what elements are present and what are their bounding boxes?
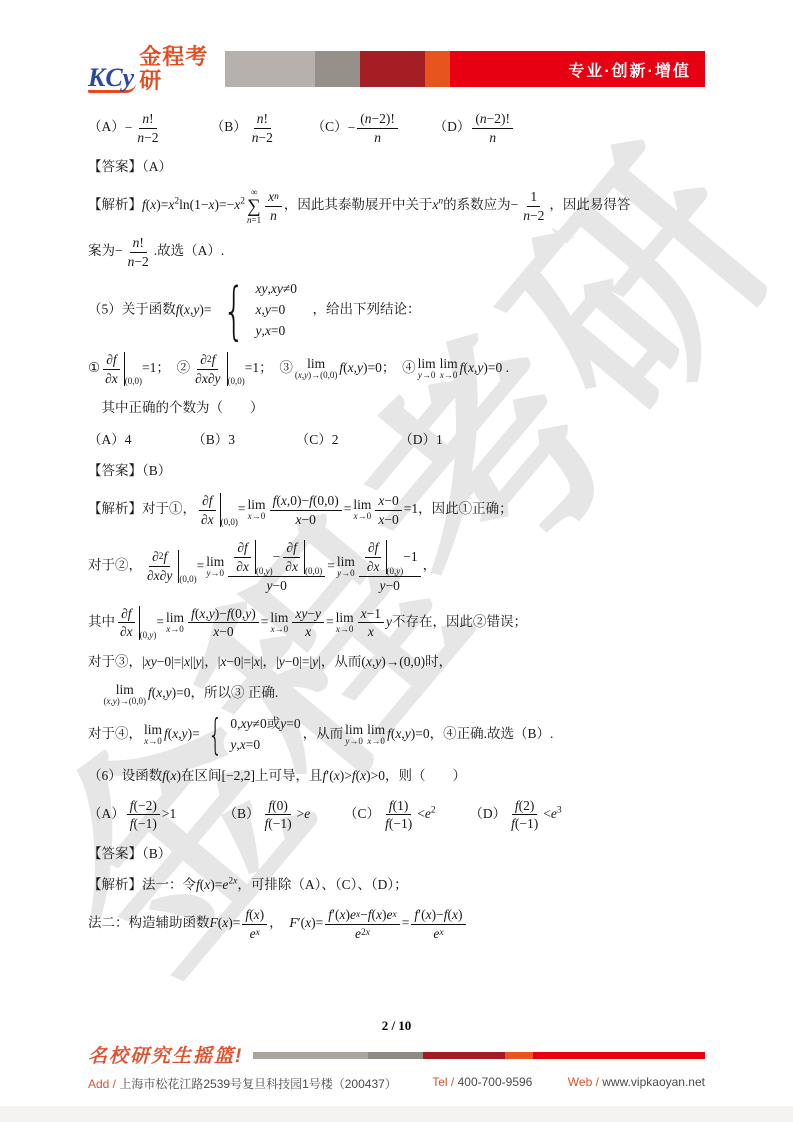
content-line-q5-stem: （5）关于函数f(x,y)={xy,xy≠0x,y=0y,x=0 ，给出下列结论… (88, 279, 709, 342)
content-line-q5-analysis-4: 对于③，|xy−0|=|x||y|，|x−0|=|x|，|y−0|=|y|，从而… (88, 650, 709, 674)
content-line-q4-analysis-1: 【解析】f(x)=x2ln(1−x)=−x2∞∑n=1xnn，因此其泰勒展开中关… (88, 187, 709, 225)
footer-banner: 名校研究生摇篮! (88, 1041, 705, 1068)
content-line-q6-analysis-1: 【解析】法一：令f(x)=e2x，可排除（A）、（C）、（D）； (88, 873, 709, 897)
colorbar-segment-midgray (315, 51, 360, 87)
page-header: KCy 金程考研 专业·创新·增值 (0, 0, 793, 93)
kcy-logo-icon: KCy (88, 66, 136, 93)
footer-segment-lightgray (253, 1052, 368, 1059)
address-label: Add / (88, 1077, 116, 1091)
page-bottom-band (0, 1106, 793, 1122)
content-line-q5-analysis-3: 其中∂f∂x(0,y)=limx→0f(x,y)−f(0,y)x−0=limx→… (88, 604, 709, 642)
tel-text: 400-700-9596 (458, 1075, 533, 1089)
content-line-q4-answer: 【答案】（A） (88, 155, 709, 179)
brand-name: 金程考研 (139, 45, 225, 93)
web-label: Web / (568, 1075, 599, 1089)
content-line-q6-options: （A）f(−2)f(−1)>1 （B）f(0)f(−1)>e （C）f(1)f(… (88, 796, 709, 834)
page-footer: 名校研究生摇篮! Add / 上海市松花江路2539号复旦科技园1号楼（2004… (0, 1041, 793, 1092)
content-line-q5-analysis-6: 对于④，limx→0f(x,y)={0,xy≠0或y=0y,x=0，从而limy… (88, 714, 709, 756)
footer-segment-orange (505, 1052, 533, 1059)
footer-colorbar (253, 1052, 705, 1059)
address-text: 上海市松花江路2539号复旦科技园1号楼（200437） (119, 1077, 396, 1091)
content-line-q5-answer: 【答案】（B） (88, 459, 709, 483)
web-text: www.vipkaoyan.net (602, 1075, 705, 1089)
colorbar-segment-darkred (360, 51, 425, 87)
content-line-q4-options: （A）−n!n−2 （B）n!n−2 （C）−(n−2)!n （D）(n−2)!… (88, 109, 709, 147)
brand-logo: KCy 金程考研 (88, 45, 225, 93)
content-line-q6-analysis-2: 法二：构造辅助函数F(x)=f(x)ex， F′(x)=f′(x)ex−f(x)… (88, 905, 709, 943)
content-line-q5-analysis-2: 对于②，∂2f∂x∂y(0,0)=limy→0∂f∂x(0,y)−∂f∂x(0,… (88, 537, 709, 596)
content-line-q5-options: （A）4 （B）3 （C）2 （D）1 (88, 428, 709, 452)
footer-tel: Tel / 400-700-9596 (432, 1075, 532, 1092)
tel-label: Tel / (432, 1075, 454, 1089)
content-line-q4-analysis-2: 案为−n!n−2.故选（A）. (88, 233, 709, 271)
colorbar-segment-orange (425, 51, 450, 87)
colorbar-segment-red: 专业·创新·增值 (450, 51, 705, 87)
footer-address: Add / 上海市松花江路2539号复旦科技园1号楼（200437） (88, 1075, 397, 1092)
footer-contact-row: Add / 上海市松花江路2539号复旦科技园1号楼（200437） Tel /… (88, 1075, 705, 1092)
content-line-q5-question: 其中正确的个数为（ ） (88, 396, 709, 420)
content-line-q5-analysis-5: lim(x,y)→(0,0)f(x,y)=0，所以③ 正确. (88, 681, 709, 706)
footer-segment-red (533, 1052, 705, 1059)
footer-web[interactable]: Web / www.vipkaoyan.net (568, 1075, 705, 1092)
document-body: （A）−n!n−2 （B）n!n−2 （C）−(n−2)!n （D）(n−2)!… (0, 93, 793, 943)
footer-segment-midgray (368, 1052, 423, 1059)
content-line-q6-stem: （6）设函数f(x)在区间[−2,2]上可导，且f′(x)>f(x)>0，则（ … (88, 764, 709, 788)
colorbar-segment-lightgray (225, 51, 315, 87)
content-line-q6-answer: 【答案】（B） (88, 842, 709, 866)
content-line-q5-analysis-1: 【解析】对于①，∂f∂x(0,0)=limx→0f(x,0)−f(0,0)x−0… (88, 491, 709, 529)
page-number: 2 / 10 (0, 1018, 793, 1034)
header-slogan: 专业·创新·增值 (568, 58, 691, 81)
footer-segment-darkred (423, 1052, 505, 1059)
document-page: 金程考研 KCy 金程考研 专业·创新·增值 （A）−n!n−2 （B）n!n−… (0, 0, 793, 1122)
footer-tagline: 名校研究生摇篮! (88, 1041, 243, 1068)
content-line-q5-items: ①∂f∂x(0,0)=1； ②∂2f∂x∂y(0,0)=1； ③lim(x,y)… (88, 350, 709, 388)
header-colorbar: 专业·创新·增值 (225, 51, 705, 87)
